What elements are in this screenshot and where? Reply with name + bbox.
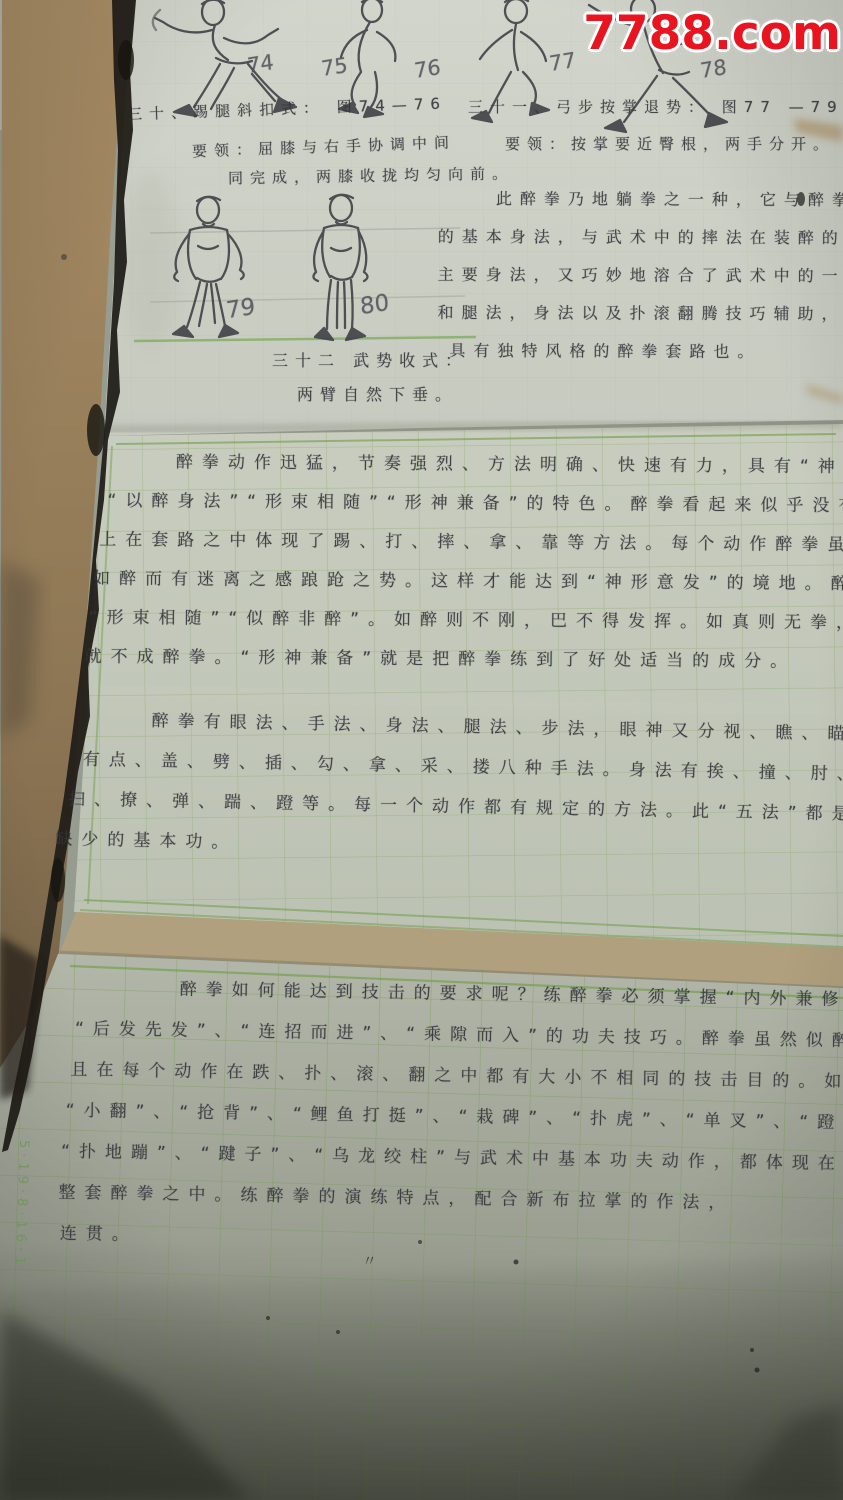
figure-number-75: 75: [320, 53, 349, 81]
handwritten-line: “以醉身法”“形束相随”“形神兼备”的特色。醉拳看起来似乎没有固定方法、实际: [107, 482, 843, 528]
site-watermark: 7788.com: [583, 6, 841, 61]
figure-number-74: 74: [246, 50, 275, 78]
handwritten-line: 就不成醉拳。“形神兼备”就是把醉拳练到了好处适当的成分。: [84, 638, 843, 684]
top-sheet-paragraph: 此醉拳乃地躺拳之一种，它与醉拳 的基本身法，与武术中的摔法在装醉的醉态中 主要身…: [437, 180, 843, 372]
caption-move-32-key: 两臂自然下垂。: [297, 382, 458, 405]
handwritten-line: 此醉拳乃地躺拳之一种，它与醉拳: [438, 180, 843, 220]
handwritten-line: 的基本身法，与武术中的摔法在装醉的醉态中: [438, 218, 843, 258]
caption-move-32: 三十二 武势收式：: [272, 348, 468, 371]
figure-number-79: 79: [225, 294, 256, 325]
caption-move-31: 三十一、弓步按掌退势： 图77 —79。: [468, 96, 843, 117]
handwritten-line: 上在套路之中体现了踢、打、摔、拿、靠等方法。每个动作醉拳虽始终醉，醉: [99, 521, 843, 567]
handwritten-line: 具有独特风格的醉拳套路也。: [437, 332, 843, 372]
figure-number-77: 77: [548, 48, 577, 76]
caption-move-31-key: 要领：按掌要近臀根，两手分开。: [505, 133, 835, 154]
figure-number-80: 80: [359, 290, 390, 321]
middle-sheet-paragraph-1: 醉拳动作迅猛，节奏强烈、方法明确、快速有力，具有“神形意发” “以醉身法”“形束…: [112, 443, 843, 684]
handwritten-line: 主要身法，又巧妙地溶合了武术中的一些手法: [438, 256, 843, 296]
bottom-sheet-paragraph: 醉拳如何能达到技击的要求呢？练醉拳必须掌握“内外兼修” “后发先发”、“连招而进…: [73, 968, 843, 1270]
middle-sheet-paragraph-2: 醉拳有眼法、手法、身法、腿法、步法，眼神又分视、瞧、瞄、瞟四种。手法 有点、盖、…: [93, 700, 843, 880]
manuscript-photo: 74 75 76 77 78 79 80 三十、踢腿斜扣式： 图74—76 要领…: [0, 0, 843, 1500]
figure-number-76: 76: [413, 55, 442, 83]
handwritten-line: 醉拳动作迅猛，节奏强烈、方法明确、快速有力，具有“神形意发”: [114, 443, 843, 489]
handwritten-line: 和腿法，身法以及扑滚翻腾技巧辅助，构成了: [437, 294, 843, 334]
stray-ditto-mark: 〃: [362, 1250, 377, 1271]
